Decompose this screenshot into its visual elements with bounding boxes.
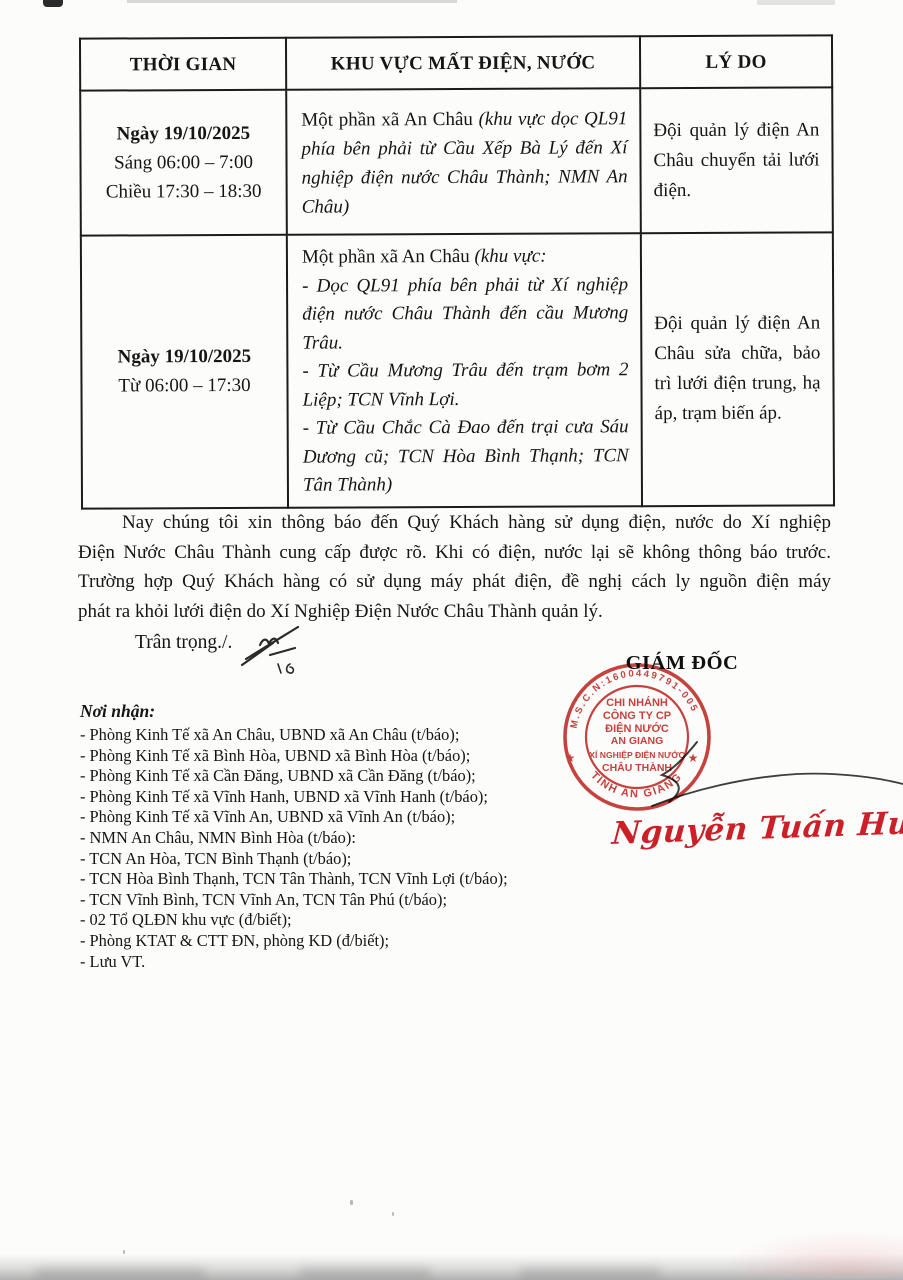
recipient-line: - Phòng KTAT & CTT ĐN, phòng KD (đ/biết)… <box>80 931 560 952</box>
outage-times: Từ 06:00 – 17:30 <box>83 371 285 401</box>
time-cell: Ngày 19/10/2025 Từ 06:00 – 17:30 <box>81 235 288 508</box>
area-item: - Từ Cầu Mương Trâu đến trạm bơm 2 Liệp;… <box>302 356 628 414</box>
recipient-line: - Phòng Kinh Tế xã An Châu, UBND xã An C… <box>80 725 560 746</box>
outage-schedule-table: THỜI GIAN KHU VỰC MẤT ĐIỆN, NƯỚC LÝ DO N… <box>79 34 835 509</box>
scan-artifact-top-center <box>127 0 457 3</box>
scan-artifact-top-left <box>43 0 63 7</box>
time-line: Từ 06:00 – 17:30 <box>83 371 285 401</box>
recipient-line: - Phòng Kinh Tế xã Vĩnh Hanh, UBND xã Vĩ… <box>80 787 560 808</box>
recipient-line: - Phòng Kinh Tế xã Vĩnh An, UBND xã Vĩnh… <box>80 807 560 828</box>
reason-cell: Đội quản lý điện An Châu chuyển tải lưới… <box>640 87 833 233</box>
recipient-line: - Lưu VT. <box>80 952 560 973</box>
recipient-line: - Phòng Kinh Tế xã Bình Hòa, UBND xã Bìn… <box>80 746 560 767</box>
scan-artifact-top-right <box>757 0 835 5</box>
recipients-list: - Phòng Kinh Tế xã An Châu, UBND xã An C… <box>80 725 560 972</box>
time-line: Chiều 17:30 – 18:30 <box>83 177 285 207</box>
area-item: - Từ Cầu Chắc Cà Đao đến trại cưa Sáu Dư… <box>303 413 629 500</box>
scan-artifact-bottom <box>35 1268 205 1280</box>
scan-speck <box>392 1212 394 1216</box>
reason-cell: Đội quản lý điện An Châu sửa chữa, bảo t… <box>641 232 834 505</box>
recipients-title: Nơi nhận: <box>80 701 560 722</box>
body-line: Trường hợp Quý Khách hàng có sử dụng máy… <box>78 567 831 597</box>
outage-date: Ngày 19/10/2025 <box>82 119 284 149</box>
outage-times: Sáng 06:00 – 7:00Chiều 17:30 – 18:30 <box>82 148 284 207</box>
header-area: KHU VỰC MẤT ĐIỆN, NƯỚC <box>286 36 640 90</box>
closing-salutation: Trân trọng./. <box>135 632 232 654</box>
header-time: THỜI GIAN <box>80 38 286 91</box>
notice-body-paragraph: Nay chúng tôi xin thông báo đến Quý Khác… <box>78 508 831 626</box>
recipient-line: - 02 Tổ QLĐN khu vực (đ/biết); <box>80 910 560 931</box>
time-line: Sáng 06:00 – 7:00 <box>82 148 284 178</box>
handwritten-initials <box>240 618 310 678</box>
body-line: phát ra khỏi lưới điện do Xí Nghiệp Điện… <box>78 597 831 627</box>
scan-artifact-pink <box>723 1230 903 1276</box>
body-line: Nay chúng tôi xin thông báo đến Quý Khác… <box>78 508 831 538</box>
area-item: - Dọc QL91 phía bên phải từ Xí nghiệp đi… <box>302 271 628 358</box>
table-row: Ngày 19/10/2025 Từ 06:00 – 17:30 Một phầ… <box>81 232 834 508</box>
area-cell: Một phần xã An Châu (khu vực: - Dọc QL91… <box>287 233 642 507</box>
scan-artifact-bottom <box>520 1268 660 1280</box>
time-cell: Ngày 19/10/2025 Sáng 06:00 – 7:00Chiều 1… <box>80 90 287 236</box>
recipient-line: - Phòng Kinh Tế xã Cần Đăng, UBND xã Cần… <box>80 766 560 787</box>
area-lead: Một phần xã An Châu <box>301 108 478 130</box>
area-cell: Một phần xã An Châu (khu vực dọc QL91 ph… <box>286 88 641 235</box>
table-row: Ngày 19/10/2025 Sáng 06:00 – 7:00Chiều 1… <box>80 87 833 235</box>
scan-artifact-bottom <box>300 1268 430 1280</box>
outage-date: Ngày 19/10/2025 <box>83 342 285 372</box>
signature-pen-stroke <box>540 630 903 880</box>
header-reason: LÝ DO <box>640 35 832 88</box>
area-lead: Một phần xã An Châu <box>302 246 475 268</box>
area-detail: (khu vực: <box>474 246 546 267</box>
recipient-line: - NMN An Châu, NMN Bình Hòa (t/báo): <box>80 828 560 849</box>
body-line: Điện Nước Châu Thành cung cấp được rõ. K… <box>78 538 831 568</box>
recipient-line: - TCN An Hòa, TCN Bình Thạnh (t/báo); <box>80 849 560 870</box>
area-item-list: - Dọc QL91 phía bên phải từ Xí nghiệp đi… <box>302 271 629 500</box>
recipients-block: Nơi nhận: - Phòng Kinh Tế xã An Châu, UB… <box>80 701 560 972</box>
scan-speck <box>350 1200 353 1205</box>
recipient-line: - TCN Vĩnh Bình, TCN Vĩnh An, TCN Tân Ph… <box>80 890 560 911</box>
recipient-line: - TCN Hòa Bình Thạnh, TCN Tân Thành, TCN… <box>80 869 560 890</box>
scan-speck <box>123 1250 125 1254</box>
scan-shadow-bottom <box>0 1254 903 1280</box>
scanned-outage-notice-page: THỜI GIAN KHU VỰC MẤT ĐIỆN, NƯỚC LÝ DO N… <box>0 0 903 1280</box>
table-header-row: THỜI GIAN KHU VỰC MẤT ĐIỆN, NƯỚC LÝ DO <box>80 35 832 90</box>
